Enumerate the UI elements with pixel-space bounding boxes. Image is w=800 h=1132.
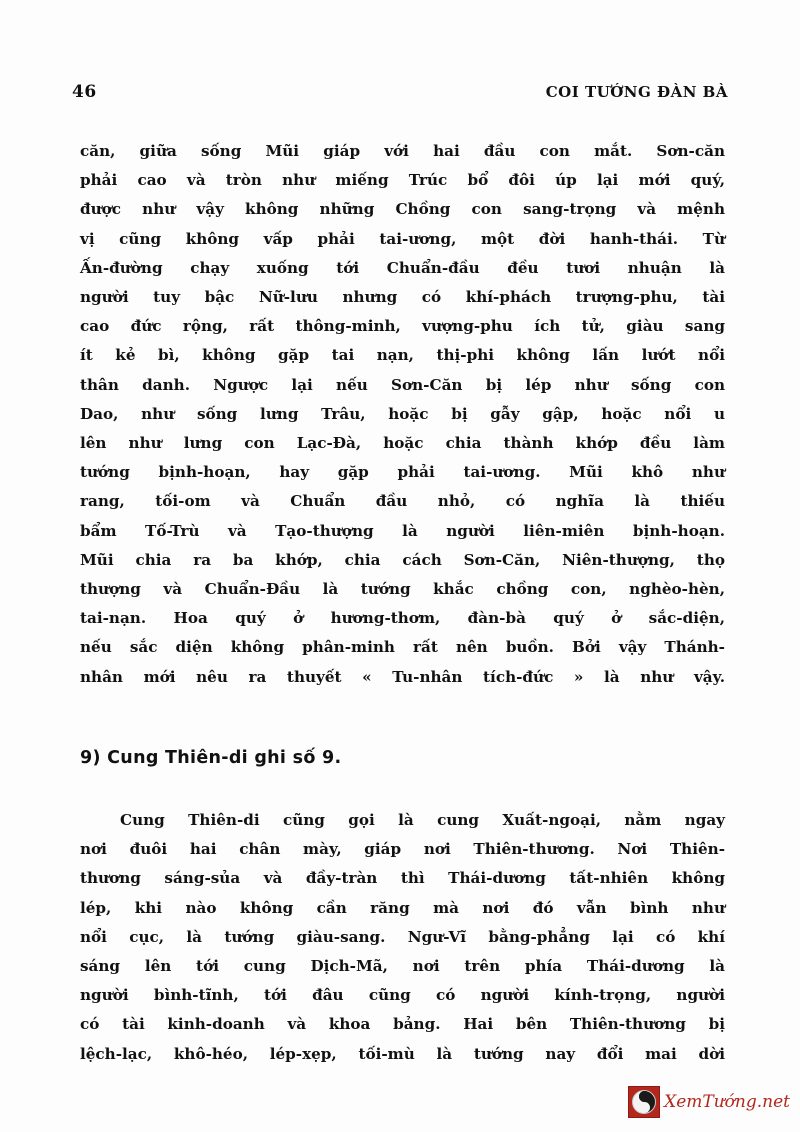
text-line: lên như lưng con Lạc-Đà, hoặc chia thành… (80, 429, 725, 458)
text-line: ít kẻ bì, không gặp tai nạn, thị-phi khô… (80, 341, 725, 370)
paragraph-1: căn, giữa sống Mũi giáp với hai đầu con … (80, 137, 725, 692)
text-line: cao đức rộng, rất thông-minh, vượng-phu … (80, 312, 725, 341)
text-line: lép, khi nào không cần răng mà nơi đó vẫ… (80, 894, 725, 923)
paragraph-2: Cung Thiên-di cũng gọi là cung Xuất-ngoạ… (80, 806, 725, 1069)
text-line: thân danh. Ngược lại nếu Sơn-Căn bị lép … (80, 371, 725, 400)
page-number: 46 (72, 82, 97, 102)
text-line: người bình-tĩnh, tới đâu cũng có người k… (80, 981, 725, 1010)
text-line: tai-nạn. Hoa quý ở hương-thơm, đàn-bà qu… (80, 604, 725, 633)
text-line: căn, giữa sống Mũi giáp với hai đầu con … (80, 137, 725, 166)
text-line: Dao, như sống lưng Trâu, hoặc bị gẫy gập… (80, 400, 725, 429)
text-line: bẩm Tố-Trù và Tạo-thượng là người liên-m… (80, 517, 725, 546)
text-line: có tài kinh-doanh và khoa bảng. Hai bên … (80, 1010, 725, 1039)
text-line: Cung Thiên-di cũng gọi là cung Xuất-ngoạ… (80, 806, 725, 835)
text-line: sáng lên tới cung Dịch-Mã, nơi trên phía… (80, 952, 725, 981)
text-line: thượng và Chuẩn-Đầu là tướng khắc chồng … (80, 575, 725, 604)
text-line: được như vậy không những Chồng con sang-… (80, 195, 725, 224)
text-line: người tuy bậc Nữ-lưu nhưng có khí-phách … (80, 283, 725, 312)
yin-yang-icon (632, 1090, 656, 1114)
watermark-logo: XemTướng.net (628, 1086, 790, 1118)
text-line: vị cũng không vấp phải tai-ương, một đời… (80, 225, 725, 254)
section-heading: 9) Cung Thiên-di ghi số 9. (80, 748, 341, 768)
text-line: Ấn-đường chạy xuống tới Chuẩn-đầu đều tư… (80, 254, 725, 283)
watermark-text: XemTướng.net (664, 1092, 790, 1112)
running-title: COI TƯỚNG ĐÀN BÀ (546, 83, 728, 101)
text-line: nổi cục, là tướng giàu-sang. Ngư-Vĩ bằng… (80, 923, 725, 952)
text-line: tướng bịnh-hoạn, hay gặp phải tai-ương. … (80, 458, 725, 487)
logo-box (628, 1086, 660, 1118)
text-line: nếu sắc diện không phân-minh rất nên buồ… (80, 633, 725, 662)
text-line: nơi đuôi hai chân mày, giáp nơi Thiên-th… (80, 835, 725, 864)
text-line: phải cao và tròn như miếng Trúc bổ đôi ú… (80, 166, 725, 195)
text-line: lệch-lạc, khô-héo, lép-xẹp, tối-mù là tư… (80, 1040, 725, 1069)
page-header: 46 COI TƯỚNG ĐÀN BÀ (72, 80, 728, 104)
text-line: nhân mới nêu ra thuyết « Tu-nhân tích-đứ… (80, 663, 725, 692)
text-line: rang, tối-om và Chuẩn đầu nhỏ, có nghĩa … (80, 487, 725, 516)
text-line: Mũi chia ra ba khớp, chia cách Sơn-Căn, … (80, 546, 725, 575)
text-line: thương sáng-sủa và đầy-tràn thì Thái-dươ… (80, 864, 725, 893)
